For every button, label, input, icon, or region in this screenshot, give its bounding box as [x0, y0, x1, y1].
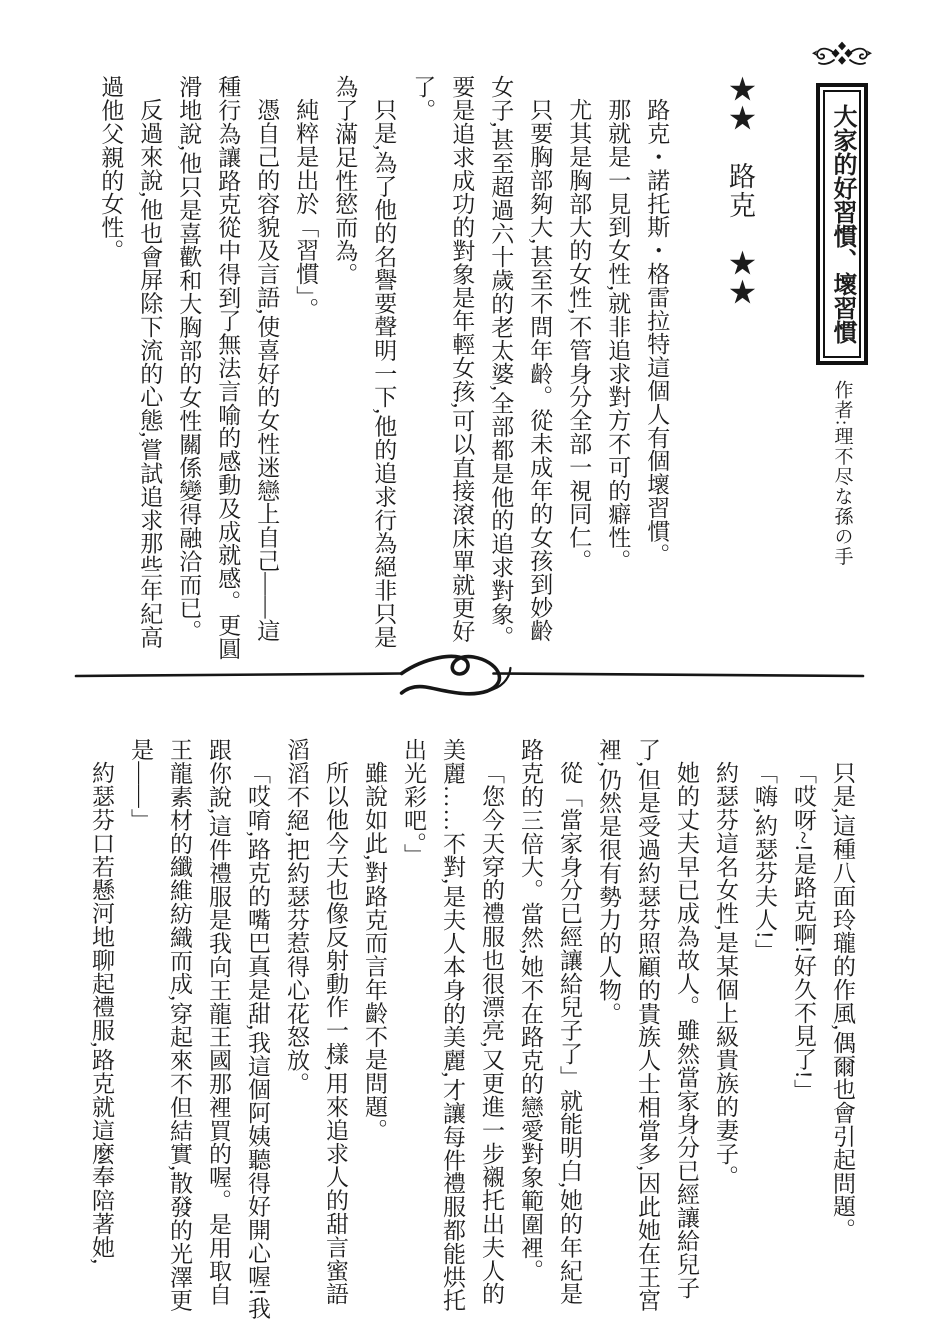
- paragraph: 「哎唷,路克的嘴巴真是甜,我這個阿姨聽得好開心喔!我跟你說,這件禮服是我向王龍王…: [121, 738, 277, 1326]
- paragraph: 從「當家身分已經讓給兒子了」就能明白,她的年紀是路克的三倍大。當然,她不在路克的…: [511, 738, 589, 1326]
- paragraph: 尤其是胸部大的女性,不管身分全部一視同仁。: [559, 75, 598, 661]
- book-title: 大家的好習慣、壞習慣: [830, 104, 854, 344]
- section-divider: [70, 648, 869, 696]
- paragraph: 只是,這種八面玲瓏的作風,偶爾也會引起問題。: [823, 738, 862, 1326]
- novel-page: 大家的好習慣、壞習慣 作者:理不尽な孫の手 ★★ 路克 ★★ 路克・諾托斯・格雷…: [0, 0, 939, 1331]
- book-title-box: 大家的好習慣、壞習慣: [816, 83, 868, 365]
- paragraph: 只要胸部夠大,甚至不問年齡。從未成年的女孩到妙齡女子,甚至超過六十歲的老太婆,全…: [403, 75, 559, 661]
- paragraph: 只是,為了他的名譽要聲明一下,他的追求行為絕非只是為了滿足性慾而為。: [325, 75, 403, 661]
- book-header: 大家的好習慣、壞習慣 作者:理不尽な孫の手: [801, 38, 883, 566]
- paragraph: 反過來說,他也會屏除下流的心態,嘗試追求那些年紀高過他父親的女性。: [91, 75, 169, 661]
- paragraph: 約瑟芬這名女性,是某個上級貴族的妻子。: [706, 738, 745, 1326]
- section-scene: 只是,這種八面玲瓏的作風,偶爾也會引起問題。「哎呀~!是路克啊!好久不見了!」「…: [82, 738, 862, 1326]
- paragraph: 「您今天穿的禮服也很漂亮,又更進一步襯托出夫人的美麗……不對,是夫人本身的美麗,…: [394, 738, 511, 1326]
- author-credit: 作者:理不尽な孫の手: [833, 380, 852, 566]
- paragraph: 那就是一見到女性,就非追求對方不可的癖性。: [598, 75, 637, 661]
- book-title-inner-frame: 大家的好習慣、壞習慣: [823, 90, 861, 358]
- paragraph: 雖說如此,對路克而言年齡不是問題。: [355, 738, 394, 1326]
- intro-paragraphs: 路克・諾托斯・格雷拉特這個人有個壞習慣。那就是一見到女性,就非追求對方不可的癖性…: [91, 75, 676, 661]
- paragraph: 憑自己的容貌及言語,使喜好的女性迷戀上自己——這種行為讓路克從中得到了無法言喻的…: [169, 75, 286, 661]
- chapter-heading: ★★ 路克 ★★: [722, 75, 756, 661]
- paragraph: 她的丈夫早已成為故人。雖然當家身分已經讓給兒子了,但是受過約瑟芬照顧的貴族人士相…: [589, 738, 706, 1326]
- fleuron-ornament-icon: [809, 38, 875, 74]
- paragraph: 約瑟芬口若懸河地聊起禮服,路克就這麼奉陪著她,: [82, 738, 121, 1326]
- paragraph: 純粹是出於「習慣」。: [286, 75, 325, 661]
- paragraph: 路克・諾托斯・格雷拉特這個人有個壞習慣。: [637, 75, 676, 661]
- calligraphic-swirl-icon: [70, 648, 869, 696]
- paragraph: 「哎呀~!是路克啊!好久不見了!」: [784, 738, 823, 1326]
- section-intro: 大家的好習慣、壞習慣 作者:理不尽な孫の手 ★★ 路克 ★★ 路克・諾托斯・格雷…: [91, 75, 883, 661]
- paragraph: 所以他今天也像反射動作一樣,用來追求人的甜言蜜語滔滔不絕,把約瑟芬惹得心花怒放。: [277, 738, 355, 1326]
- paragraph: 「嗨,約瑟芬夫人!」: [745, 738, 784, 1326]
